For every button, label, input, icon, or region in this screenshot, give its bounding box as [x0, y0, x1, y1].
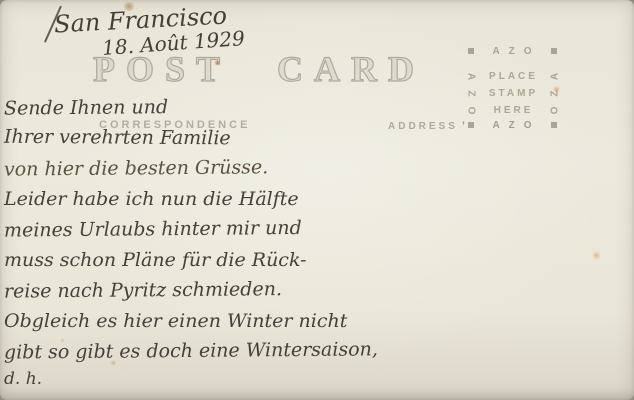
stain-spot — [60, 338, 65, 343]
message-line: gibt so gibt es doch eine Wintersaison, — [4, 334, 364, 368]
stain-spot — [110, 360, 117, 366]
message-line: Leider habe ich nun die Hälfte — [4, 184, 364, 215]
message-line: reise nach Pyritz schmieden. — [4, 273, 364, 307]
stamp-box-right-azo: A Z O — [553, 68, 563, 119]
title-word-post: POST — [93, 49, 231, 89]
stamp-box: AZO A Z O PLACE STAMP HERE A Z O AZO — [461, 44, 563, 134]
message-line: muss schon Pläne für die Rück- — [4, 245, 364, 276]
stamp-box-bottom-azo: AZO — [461, 120, 563, 131]
message-line: d. h. — [4, 367, 364, 391]
address-label-text: ADDRESS — [388, 121, 458, 132]
stamp-box-left-azo: A Z O — [463, 68, 473, 119]
address-label: ADDRESS’ — [388, 120, 465, 132]
handwritten-message: Sende Ihnen und Ihrer verehrten Familie … — [4, 92, 364, 391]
message-line: Ihrer verehrten Familie — [4, 121, 364, 154]
message-line: meines Urlaubs hinter mir und — [4, 212, 364, 246]
stain-spot — [214, 60, 220, 66]
stain-spot — [553, 86, 560, 93]
message-line: Obgleich es hier einen Winter nicht — [4, 306, 364, 337]
message-line: von hier die besten Grüsse. — [4, 151, 364, 185]
title-word-card: CARD — [277, 49, 425, 89]
stamp-box-top-azo: AZO — [461, 46, 563, 57]
postcard-back: San Francisco 18. Août 1929 POST CARD CO… — [0, 0, 634, 400]
postcard-title: POST CARD — [93, 48, 425, 90]
stain-spot — [123, 2, 135, 11]
stamp-box-place-stamp-here: PLACE STAMP HERE — [475, 68, 549, 119]
message-line: Sende Ihnen und — [4, 90, 364, 124]
stain-spot — [592, 251, 601, 260]
